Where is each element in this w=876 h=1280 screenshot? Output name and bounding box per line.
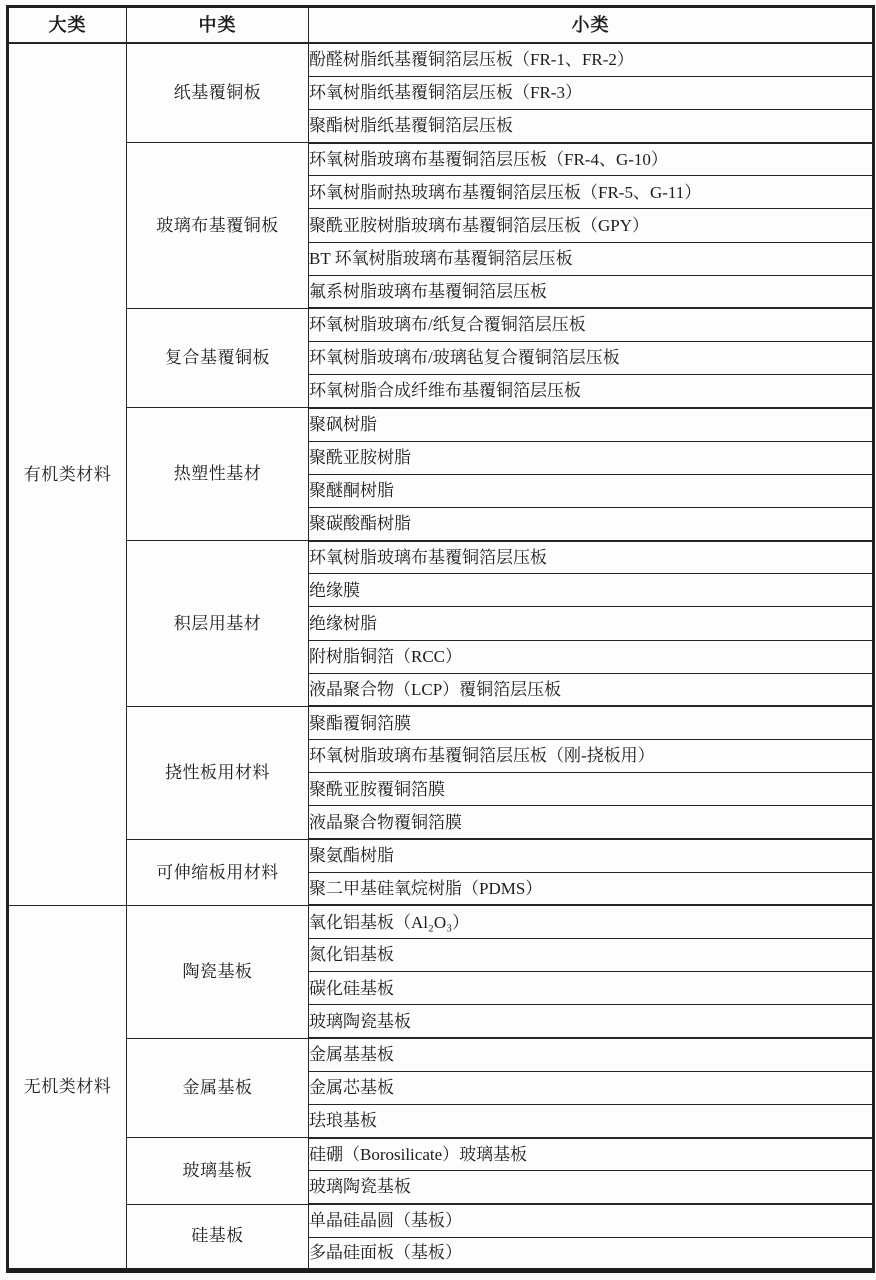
table-row: 热塑性基材聚砜树脂 <box>8 408 874 441</box>
table-row: 可伸缩板用材料聚氨酯树脂 <box>8 839 874 872</box>
item-cell: 多晶硅面板（基板） <box>309 1237 874 1270</box>
item-cell: 氧化铝基板（Al₂O₃） <box>309 905 874 938</box>
item-cell: 氮化铝基板 <box>309 939 874 972</box>
item-cell: 聚酰亚胺覆铜箔膜 <box>309 773 874 806</box>
item-cell: 环氧树脂玻璃布/纸复合覆铜箔层压板 <box>309 308 874 341</box>
item-cell: 液晶聚合物（LCP）覆铜箔层压板 <box>309 673 874 706</box>
item-cell: 聚酯树脂纸基覆铜箔层压板 <box>309 109 874 142</box>
item-cell: 珐琅基板 <box>309 1105 874 1138</box>
item-cell: 绝缘树脂 <box>309 607 874 640</box>
middle-category-cell: 复合基覆铜板 <box>127 308 309 408</box>
item-cell: 聚氨酯树脂 <box>309 839 874 872</box>
table-row: 硅基板单晶硅晶圆（基板） <box>8 1204 874 1237</box>
item-cell: 玻璃陶瓷基板 <box>309 1005 874 1038</box>
column-header-middle: 中类 <box>127 7 309 44</box>
material-classification-table: 大类 中类 小类 有机类材料纸基覆铜板酚醛树脂纸基覆铜箔层压板（FR-1、FR-… <box>6 5 875 1273</box>
middle-category-cell: 陶瓷基板 <box>127 905 309 1038</box>
column-header-minor: 小类 <box>309 7 874 44</box>
item-cell: 金属芯基板 <box>309 1071 874 1104</box>
middle-category-cell: 玻璃布基覆铜板 <box>127 143 309 309</box>
item-cell: 聚酰亚胺树脂玻璃布基覆铜箔层压板（GPY） <box>309 209 874 242</box>
item-cell: BT 环氧树脂玻璃布基覆铜箔层压板 <box>309 242 874 275</box>
column-header-major: 大类 <box>8 7 127 44</box>
item-cell: 环氧树脂玻璃布基覆铜箔层压板（刚-挠板用） <box>309 740 874 773</box>
table-row: 玻璃布基覆铜板环氧树脂玻璃布基覆铜箔层压板（FR-4、G-10） <box>8 143 874 176</box>
item-cell: 玻璃陶瓷基板 <box>309 1171 874 1204</box>
middle-category-cell: 积层用基材 <box>127 541 309 707</box>
middle-category-cell: 热塑性基材 <box>127 408 309 541</box>
item-cell: 氟系树脂玻璃布基覆铜箔层压板 <box>309 275 874 308</box>
item-cell: 环氧树脂玻璃布基覆铜箔层压板（FR-4、G-10） <box>309 143 874 176</box>
middle-category-cell: 玻璃基板 <box>127 1138 309 1204</box>
item-cell: 绝缘膜 <box>309 574 874 607</box>
item-cell: 液晶聚合物覆铜箔膜 <box>309 806 874 839</box>
table-row: 金属基板金属基基板 <box>8 1038 874 1071</box>
item-cell: 聚碳酸酯树脂 <box>309 507 874 540</box>
item-cell: 环氧树脂纸基覆铜箔层压板（FR-3） <box>309 76 874 109</box>
table-row: 复合基覆铜板环氧树脂玻璃布/纸复合覆铜箔层压板 <box>8 308 874 341</box>
item-cell: 酚醛树脂纸基覆铜箔层压板（FR-1、FR-2） <box>309 43 874 76</box>
middle-category-cell: 可伸缩板用材料 <box>127 839 309 905</box>
item-cell: 环氧树脂耐热玻璃布基覆铜箔层压板（FR-5、G-11） <box>309 176 874 209</box>
item-cell: 金属基基板 <box>309 1038 874 1071</box>
item-cell: 碳化硅基板 <box>309 972 874 1005</box>
item-cell: 硅硼（Borosilicate）玻璃基板 <box>309 1138 874 1171</box>
table-row: 积层用基材环氧树脂玻璃布基覆铜箔层压板 <box>8 541 874 574</box>
item-cell: 环氧树脂合成纤维布基覆铜箔层压板 <box>309 375 874 408</box>
middle-category-cell: 金属基板 <box>127 1038 309 1138</box>
item-cell: 聚酯覆铜箔膜 <box>309 706 874 739</box>
item-cell: 单晶硅晶圆（基板） <box>309 1204 874 1237</box>
major-category-cell: 有机类材料 <box>8 43 127 905</box>
major-category-cell: 无机类材料 <box>8 905 127 1270</box>
middle-category-cell: 挠性板用材料 <box>127 706 309 839</box>
middle-category-cell: 纸基覆铜板 <box>127 43 309 143</box>
table-row: 无机类材料陶瓷基板氧化铝基板（Al₂O₃） <box>8 905 874 938</box>
document-page: 大类 中类 小类 有机类材料纸基覆铜板酚醛树脂纸基覆铜箔层压板（FR-1、FR-… <box>0 0 876 1280</box>
item-cell: 附树脂铜箔（RCC） <box>309 640 874 673</box>
item-cell: 聚醚酮树脂 <box>309 474 874 507</box>
table-row: 玻璃基板硅硼（Borosilicate）玻璃基板 <box>8 1138 874 1171</box>
item-cell: 聚酰亚胺树脂 <box>309 441 874 474</box>
item-cell: 环氧树脂玻璃布/玻璃毡复合覆铜箔层压板 <box>309 342 874 375</box>
middle-category-cell: 硅基板 <box>127 1204 309 1270</box>
item-cell: 环氧树脂玻璃布基覆铜箔层压板 <box>309 541 874 574</box>
table-row: 有机类材料纸基覆铜板酚醛树脂纸基覆铜箔层压板（FR-1、FR-2） <box>8 43 874 76</box>
header-row: 大类 中类 小类 <box>8 7 874 44</box>
table-row: 挠性板用材料聚酯覆铜箔膜 <box>8 706 874 739</box>
item-cell: 聚砜树脂 <box>309 408 874 441</box>
item-cell: 聚二甲基硅氧烷树脂（PDMS） <box>309 872 874 905</box>
